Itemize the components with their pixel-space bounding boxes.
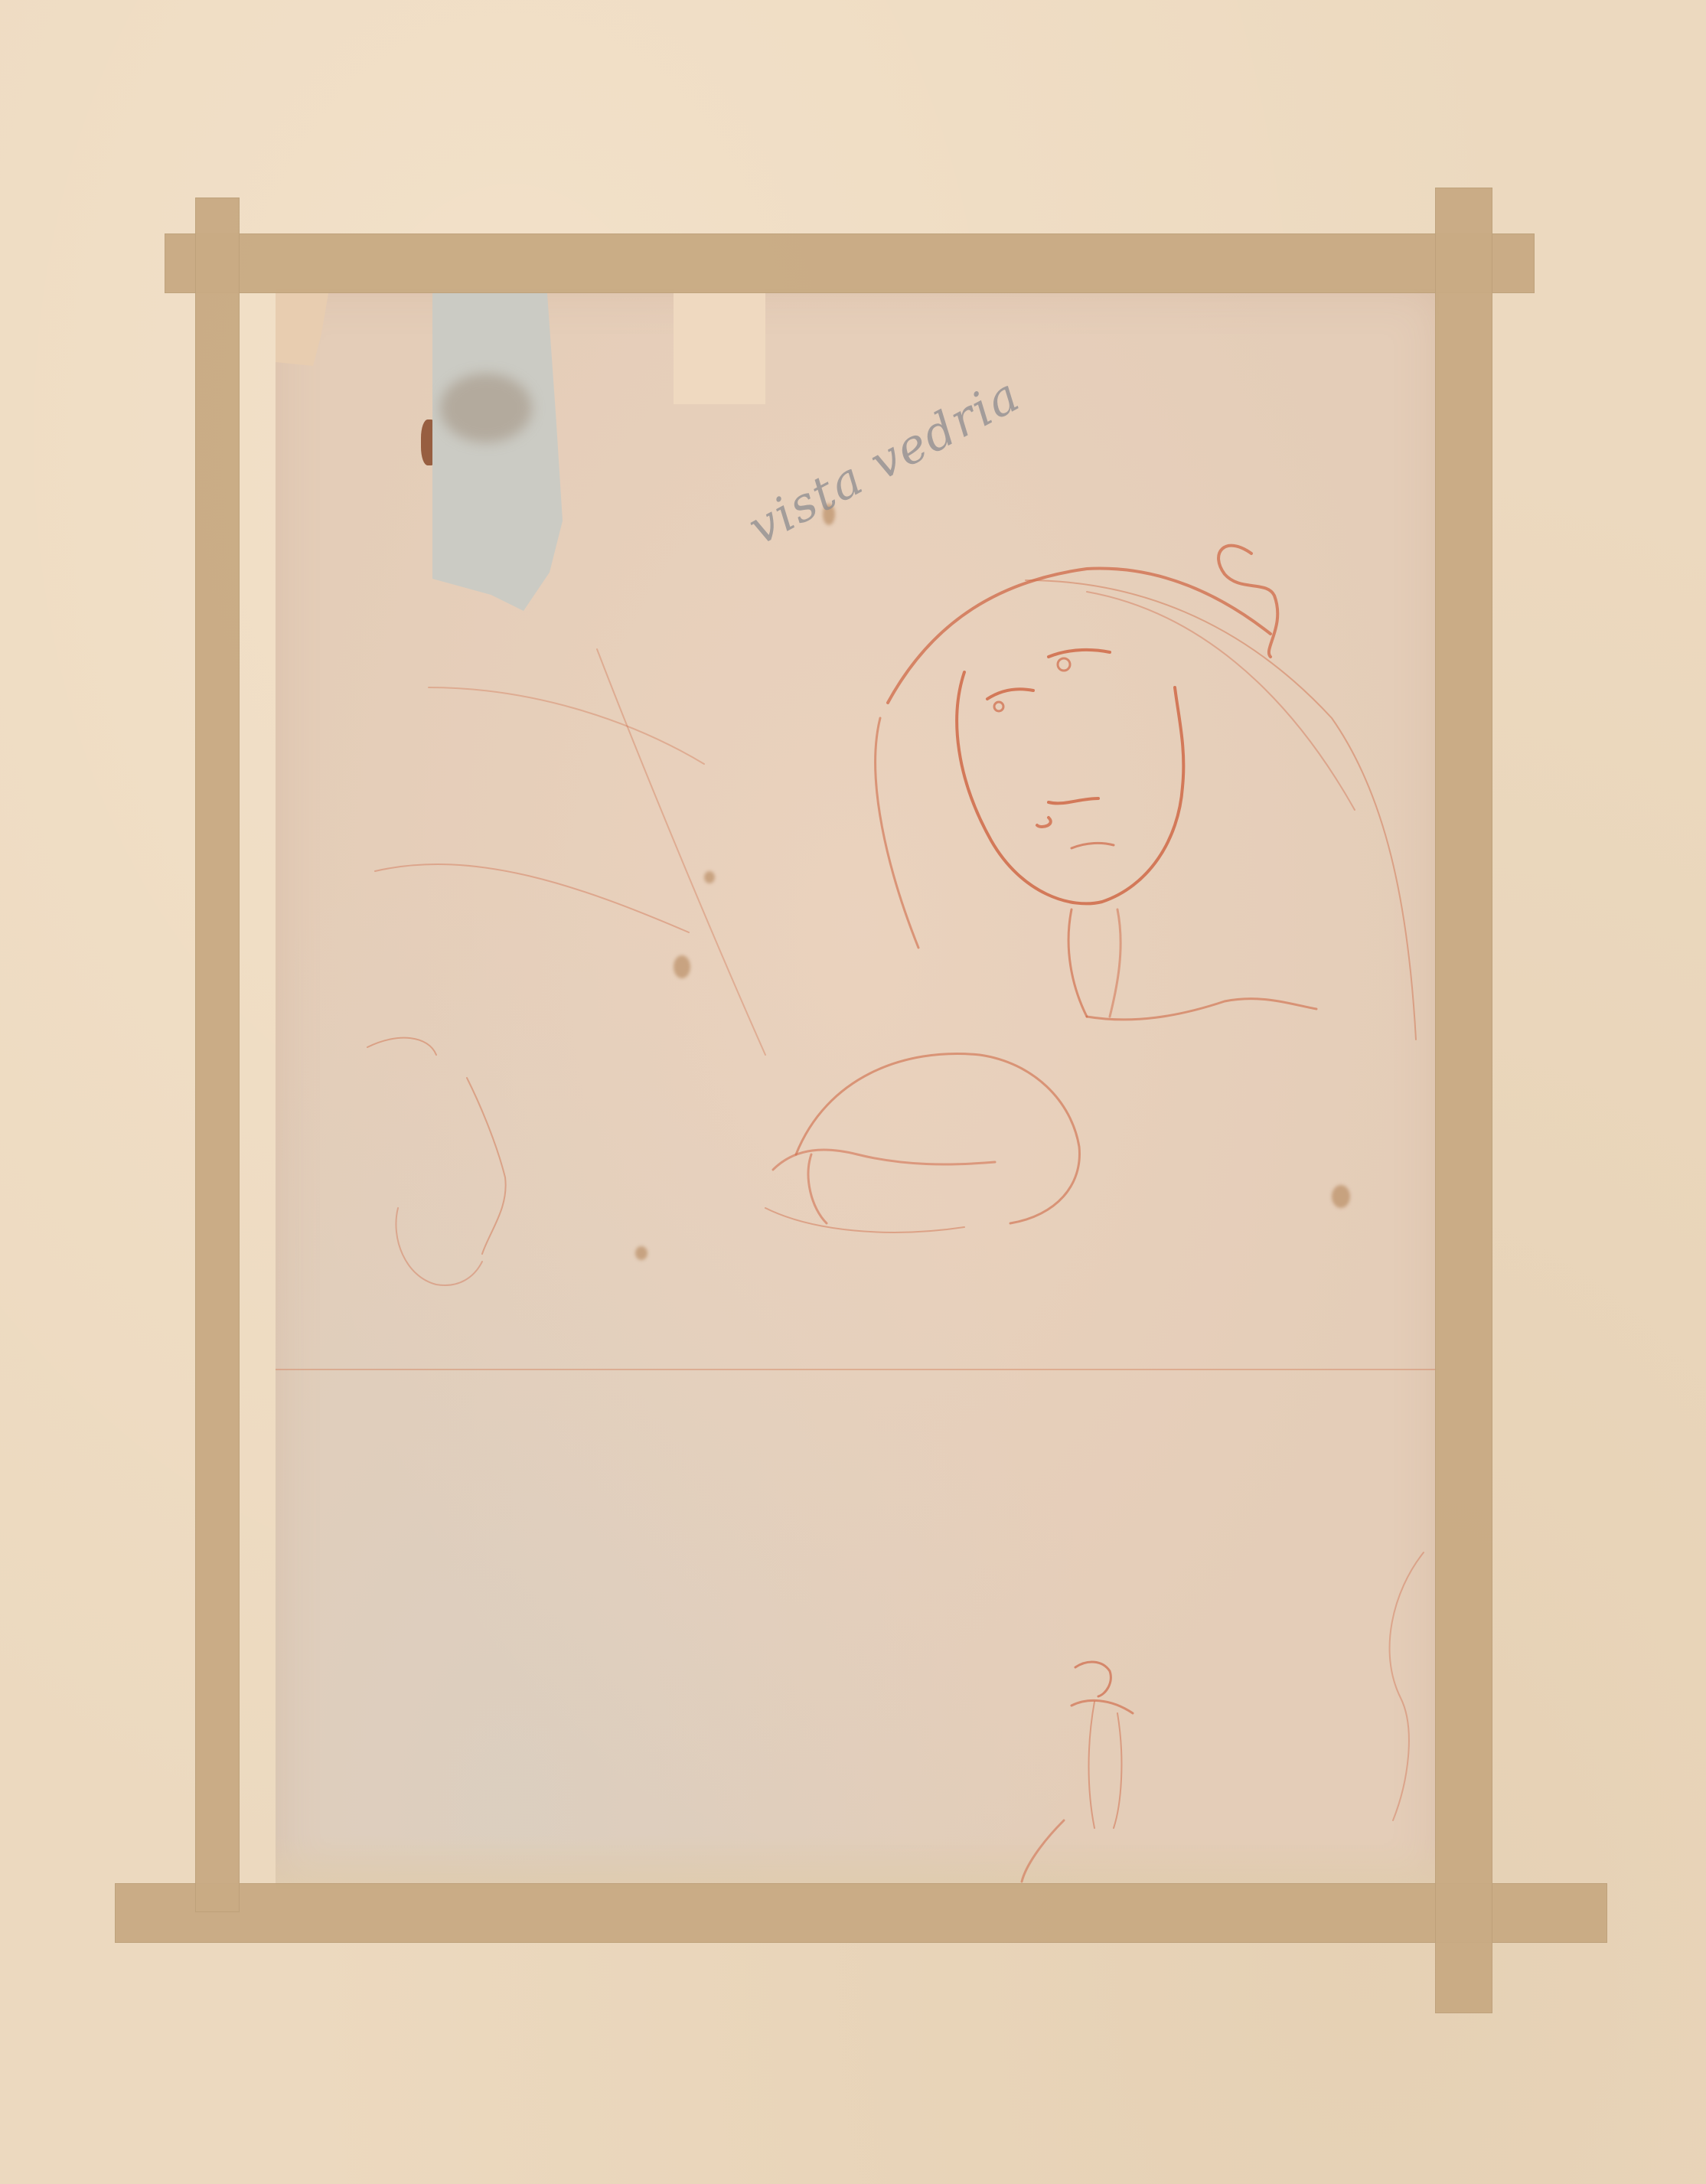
tape-left (195, 198, 240, 1912)
tape-bottom (115, 1883, 1607, 1943)
tape-right (1435, 188, 1492, 2013)
tape-top (165, 233, 1535, 293)
drawing-sheet: vista vedria (276, 289, 1439, 1889)
mount-board: vista vedria (0, 0, 1706, 2184)
red-chalk-drawing (276, 289, 1439, 1889)
